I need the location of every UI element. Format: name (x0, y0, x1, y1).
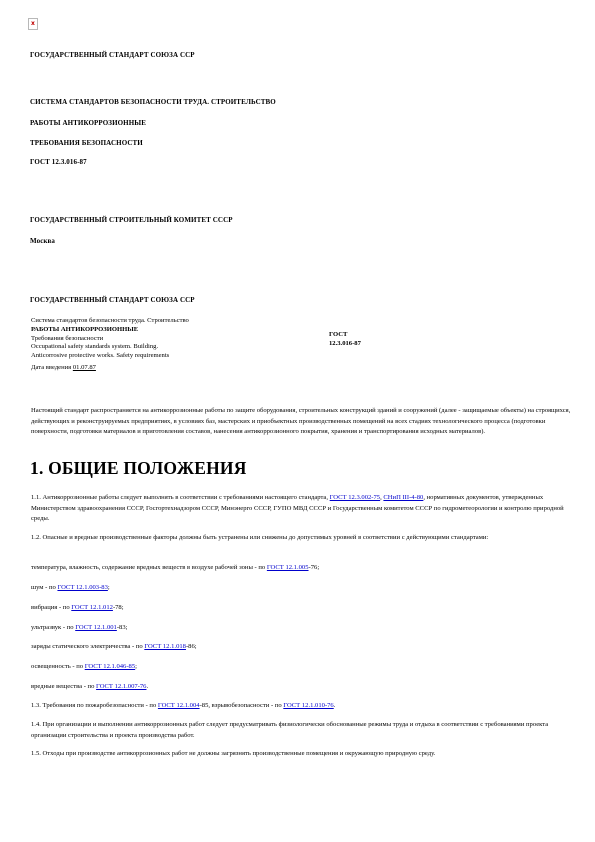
factor-item: температура, влажность, содержание вредн… (31, 564, 319, 571)
gost-code: ГОСТ 12.3.016-87 (30, 158, 87, 166)
factor-item: шум - по ГОСТ 12.1.003-83; (31, 584, 110, 591)
factor-item: заряды статического электричества - по Г… (31, 643, 197, 650)
link-gost-12-1-046-85[interactable]: ГОСТ 12.1.046-85 (85, 663, 135, 670)
paragraph-1-5: 1.5. Отходы при производстве антикоррози… (31, 749, 571, 760)
broken-image-icon: x (28, 18, 38, 30)
link-gost-12-1-018[interactable]: ГОСТ 12.1.018 (144, 643, 186, 650)
link-gost-12-1-001[interactable]: ГОСТ 12.1.001 (75, 624, 117, 631)
system-title: СИСТЕМА СТАНДАРТОВ БЕЗОПАСНОСТИ ТРУДА. С… (30, 98, 276, 106)
factor-item: ультразвук - по ГОСТ 12.1.001-83; (31, 624, 127, 631)
intro-date-label: Дата введения (31, 364, 73, 371)
paragraph-1-4: 1.4. При организации и выполнении антико… (31, 720, 571, 741)
factor-item: освещенность - по ГОСТ 12.1.046-85; (31, 663, 137, 670)
works-title: РАБОТЫ АНТИКОРРОЗИОННЫЕ (30, 119, 146, 127)
paragraph-1-3: 1.3. Требования по пожаробезопасности - … (31, 702, 335, 709)
requirements-title: ТРЕБОВАНИЯ БЕЗОПАСНОСТИ (30, 139, 143, 147)
meta-english-line-2: Anticorrosive protective works. Safety r… (31, 352, 189, 361)
meta-english-line-1: Occupational safety standards system. Bu… (31, 343, 189, 352)
gost-number: 12.3.016-87 (329, 339, 361, 348)
link-gost-12-1-012[interactable]: ГОСТ 12.1.012 (71, 604, 113, 611)
paragraph-1-2: 1.2. Опасные и вредные производственные … (31, 533, 571, 544)
link-gost-12-1-010-76[interactable]: ГОСТ 12.1.010-76 (283, 702, 333, 709)
gost-number-block: ГОСТ 12.3.016-87 (329, 330, 361, 348)
meta-system-line: Система стандартов безопасности труда. С… (31, 317, 189, 326)
standard-meta-block: Система стандартов безопасности труда. С… (31, 317, 189, 373)
link-gost-12-1-005[interactable]: ГОСТ 12.1.005 (267, 564, 309, 571)
factor-item: вибрация - по ГОСТ 12.1.012-78; (31, 604, 124, 611)
link-gost-12-1-004[interactable]: ГОСТ 12.1.004 (158, 702, 200, 709)
intro-paragraph: Настоящий стандарт распространяется на а… (31, 406, 571, 438)
gost-label: ГОСТ (329, 330, 361, 339)
paragraph-1-1: 1.1. Антикоррозионные работы следует вып… (31, 493, 571, 525)
link-snip-iii-4-80[interactable]: СНиП III-4-80 (383, 494, 423, 501)
link-gost-12-1-003-83[interactable]: ГОСТ 12.1.003-83 (57, 584, 107, 591)
header-title: ГОСУДАРСТВЕННЫЙ СТАНДАРТ СОЮЗА ССР (30, 51, 195, 59)
link-gost-12-1-007-76[interactable]: ГОСТ 12.1.007-76 (96, 683, 146, 690)
meta-works-line: РАБОТЫ АНТИКОРРОЗИОННЫЕ (31, 326, 189, 335)
city: Москва (30, 237, 55, 245)
intro-date-value: 01.07.87 (73, 364, 96, 371)
meta-requirements-line: Требования безопасности (31, 335, 189, 344)
factor-item: вредные вещества - по ГОСТ 12.1.007-76. (31, 683, 148, 690)
link-gost-12-3-002-75[interactable]: ГОСТ 12.3.002-75 (330, 494, 380, 501)
header-title-2: ГОСУДАРСТВЕННЫЙ СТАНДАРТ СОЮЗА ССР (30, 296, 195, 304)
intro-date: Дата введения 01.07.87 (31, 364, 189, 373)
section-heading: 1. ОБЩИЕ ПОЛОЖЕНИЯ (30, 458, 247, 479)
committee-title: ГОСУДАРСТВЕННЫЙ СТРОИТЕЛЬНЫЙ КОМИТЕТ ССС… (30, 216, 233, 224)
